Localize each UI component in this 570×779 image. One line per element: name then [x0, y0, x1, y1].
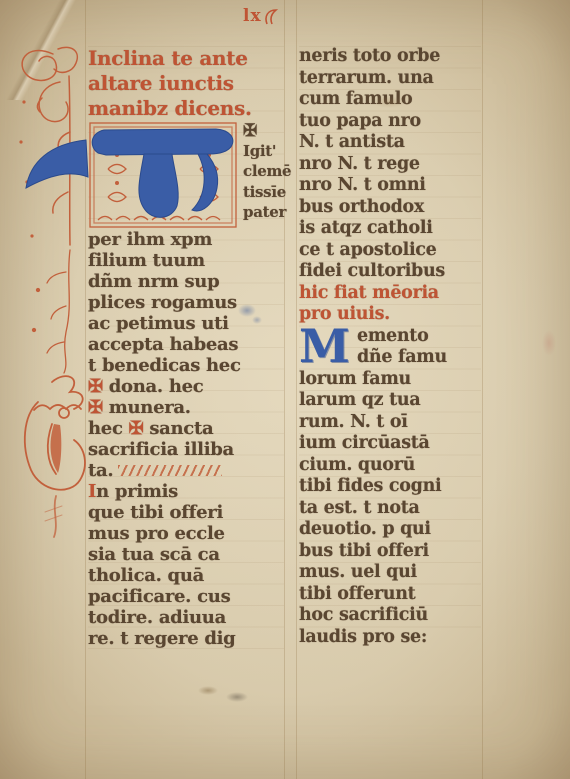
- text-segment: ta.: [88, 460, 113, 481]
- text-segment: sia tua scā ca: [88, 544, 220, 565]
- text-segment: nro N. t omni: [299, 175, 426, 195]
- text-segment: bus orthodox: [299, 197, 424, 217]
- parchment-stain: [542, 330, 556, 356]
- text-column-right: neris toto orbeterrarum. unacum famulotu…: [299, 46, 481, 648]
- ruling-line-vertical: [284, 0, 285, 779]
- text-segment: tholica. quā: [88, 565, 204, 586]
- body-text-block-right-bottom: lorum famularum qz tuarum. N. t oīium ci…: [299, 369, 481, 649]
- text-line: mus. uel qui: [299, 562, 481, 584]
- folio-number-text: lx: [243, 6, 262, 26]
- red-line-filler: [118, 465, 222, 476]
- text-line: bus tibi offeri: [299, 541, 481, 563]
- text-line: dñe famu: [357, 347, 447, 369]
- text-segment: nro N. t rege: [299, 154, 420, 174]
- text-segment: cum famulo: [299, 89, 412, 109]
- text-line: lorum famu: [299, 369, 481, 391]
- text-line: sacrificia illiba: [88, 439, 284, 460]
- text-segment: ium circūastā: [299, 433, 430, 453]
- drop-cap-T: [88, 121, 238, 229]
- ruling-line-vertical: [482, 0, 483, 779]
- text-segment: hic fiat mēoria: [299, 283, 439, 303]
- text-line: re. t regere dig: [88, 628, 284, 649]
- text-segment: larum qz tua: [299, 390, 420, 410]
- text-line: N. t antista: [299, 132, 481, 154]
- text-segment: sancta: [149, 418, 213, 439]
- text-segment: t benedicas hec: [88, 355, 241, 376]
- text-line: que tibi offeri: [88, 502, 284, 523]
- text-line: pater: [243, 203, 291, 224]
- blessing-cross-icon: ✠: [129, 418, 150, 439]
- text-segment: altare iunctis: [88, 71, 234, 95]
- text-line: neris toto orbe: [299, 46, 481, 68]
- text-segment: munera.: [109, 397, 191, 418]
- text-line: hoc sacrificiū: [299, 605, 481, 627]
- text-segment: bus tibi offeri: [299, 541, 429, 561]
- text-line: sia tua scā ca: [88, 544, 284, 565]
- text-segment: tibi offerunt: [299, 584, 415, 604]
- text-line: ✠: [243, 121, 291, 142]
- ruling-line-vertical: [296, 0, 297, 779]
- text-segment: Inclina te ante: [88, 46, 248, 70]
- text-line: rum. N. t oī: [299, 412, 481, 434]
- text-segment: tibi fides cogni: [299, 476, 441, 496]
- text-segment: dñm nrm sup: [88, 271, 219, 292]
- text-segment: is atqz catholi: [299, 218, 433, 238]
- text-segment: fidei cultoribus: [299, 261, 445, 281]
- text-line: cum famulo: [299, 89, 481, 111]
- text-line: t benedicas hec: [88, 355, 284, 376]
- blessing-cross-icon: ✠: [88, 397, 109, 418]
- text-line: bus orthodox: [299, 197, 481, 219]
- text-line: tissīe: [243, 183, 291, 204]
- body-text-block-right-top: neris toto orbeterrarum. unacum famulotu…: [299, 46, 481, 326]
- text-line: nro N. t rege: [299, 154, 481, 176]
- text-line: ta est. t nota: [299, 498, 481, 520]
- memento-opening: M ementodñe famu: [299, 326, 481, 369]
- text-segment: manibz dicens.: [88, 96, 252, 120]
- cadel-flourish-icon: [22, 47, 77, 245]
- text-segment: mus. uel qui: [299, 562, 417, 582]
- text-segment: ta est. t nota: [299, 498, 420, 518]
- memento-lines: ementodñe famu: [355, 326, 447, 369]
- text-segment: dona. hec: [109, 376, 204, 397]
- blessing-cross-icon: ✠: [88, 376, 109, 397]
- text-line: todire. adiuua: [88, 607, 284, 628]
- body-text-block-left: per ihm xpmfilium tuumdñm nrm supplices …: [88, 229, 284, 649]
- text-line: ta.: [88, 460, 284, 481]
- text-segment: mus pro eccle: [88, 523, 225, 544]
- text-line: terrarum. una: [299, 68, 481, 90]
- text-line: Inclina te ante: [88, 46, 284, 71]
- text-column-left: Inclina te antealtare iunctismanibz dice…: [88, 46, 284, 649]
- text-segment: todire. adiuua: [88, 607, 226, 628]
- text-line: manibz dicens.: [88, 96, 284, 121]
- text-line: plices rogamus: [88, 292, 284, 313]
- margin-penwork-decoration: [8, 40, 93, 620]
- opening-lines: ✠Igit'clemētissīepater: [238, 121, 291, 224]
- text-segment: rum. N. t oī: [299, 412, 408, 432]
- text-segment: pater: [243, 203, 286, 221]
- parchment-stain: [226, 692, 248, 702]
- te-igitur-opening: ✠Igit'clemētissīepater: [88, 121, 284, 229]
- text-segment: hoc sacrificiū: [299, 605, 428, 625]
- text-segment: sacrificia illiba: [88, 439, 234, 460]
- text-line: ac petimus uti: [88, 313, 284, 334]
- text-segment: laudis pro se:: [299, 627, 427, 647]
- text-line: Igit': [243, 142, 291, 163]
- text-line: dñm nrm sup: [88, 271, 284, 292]
- text-segment: deuotio. p qui: [299, 519, 431, 539]
- text-segment: per ihm xpm: [88, 229, 212, 250]
- text-line: ium circūastā: [299, 433, 481, 455]
- text-line: larum qz tua: [299, 390, 481, 412]
- face-stripe: [51, 424, 62, 473]
- text-line: accepta habeas: [88, 334, 284, 355]
- grotesque-face-drawing-icon: [25, 376, 85, 537]
- text-segment: N. t antista: [299, 132, 405, 152]
- folio-flourish-icon: [264, 8, 278, 26]
- tendril-flourish-icon: [33, 250, 71, 373]
- text-segment: clemē: [243, 162, 291, 180]
- initial-tail-swash-icon: [26, 140, 88, 188]
- text-segment: que tibi offeri: [88, 502, 223, 523]
- text-line: clemē: [243, 162, 291, 183]
- rubric-block: Inclina te antealtare iunctismanibz dice…: [88, 46, 284, 121]
- parchment-stain: [198, 686, 218, 695]
- text-line: is atqz catholi: [299, 218, 481, 240]
- text-line: fidei cultoribus: [299, 261, 481, 283]
- manuscript-page: lx: [0, 0, 570, 779]
- text-line: laudis pro se:: [299, 627, 481, 649]
- text-line: tibi offerunt: [299, 584, 481, 606]
- text-segment: emento: [357, 326, 428, 346]
- text-segment: tuo papa nro: [299, 111, 421, 131]
- text-segment: plices rogamus: [88, 292, 237, 313]
- text-line: filium tuum: [88, 250, 284, 271]
- text-segment: accepta habeas: [88, 334, 238, 355]
- text-line: In primis: [88, 481, 284, 502]
- text-segment: re. t regere dig: [88, 628, 235, 649]
- text-line: pacificare. cus: [88, 586, 284, 607]
- text-line: hec ✠ sancta: [88, 418, 284, 439]
- text-line: mus pro eccle: [88, 523, 284, 544]
- folio-number: lx: [243, 6, 278, 26]
- text-line: nro N. t omni: [299, 175, 481, 197]
- text-segment: I: [88, 481, 96, 502]
- text-segment: lorum famu: [299, 369, 411, 389]
- parchment-crease: [0, 0, 78, 100]
- text-segment: terrarum. una: [299, 68, 434, 88]
- text-segment: filium tuum: [88, 250, 205, 271]
- text-line: altare iunctis: [88, 71, 284, 96]
- blessing-cross-icon: ✠: [243, 121, 257, 141]
- text-line: ce t apostolice: [299, 240, 481, 262]
- text-line: ✠ munera.: [88, 397, 284, 418]
- text-segment: ac petimus uti: [88, 313, 229, 334]
- text-line: hic fiat mēoria: [299, 283, 481, 305]
- text-segment: hec: [88, 418, 129, 439]
- text-segment: Igit': [243, 142, 276, 160]
- text-segment: pacificare. cus: [88, 586, 230, 607]
- text-line: tuo papa nro: [299, 111, 481, 133]
- text-line: tibi fides cogni: [299, 476, 481, 498]
- text-segment: n primis: [96, 481, 178, 502]
- text-segment: neris toto orbe: [299, 46, 440, 66]
- ruling-line-vertical: [85, 0, 86, 779]
- text-line: per ihm xpm: [88, 229, 284, 250]
- text-segment: ce t apostolice: [299, 240, 437, 260]
- text-line: ✠ dona. hec: [88, 376, 284, 397]
- drop-cap-M: M: [299, 326, 355, 369]
- text-line: deuotio. p qui: [299, 519, 481, 541]
- text-line: emento: [357, 326, 447, 348]
- text-segment: cium. quorū: [299, 455, 415, 475]
- penwork-dots: [19, 100, 33, 237]
- text-line: cium. quorū: [299, 455, 481, 477]
- text-line: tholica. quā: [88, 565, 284, 586]
- text-segment: tissīe: [243, 183, 286, 201]
- text-segment: dñe famu: [357, 347, 447, 367]
